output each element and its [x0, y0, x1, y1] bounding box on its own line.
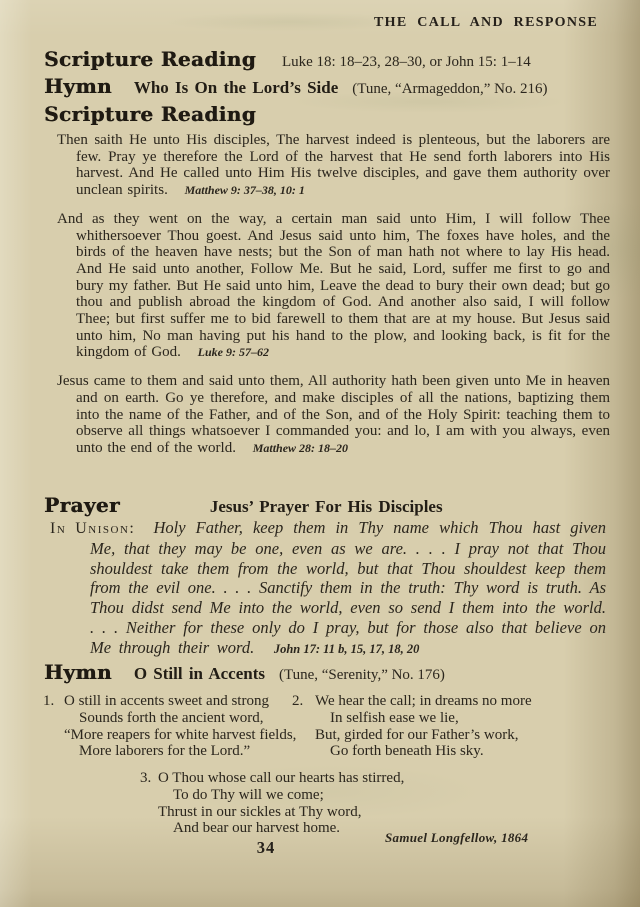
prayer-title: Jesus’ Prayer For His Disciples [210, 497, 443, 517]
book-page: THE CALL AND RESPONSE Scripture Reading … [0, 0, 640, 907]
scripture-reading-2-heading: Scripture Reading [44, 102, 612, 126]
reading-2-citation: Luke 9: 57–62 [198, 345, 269, 359]
reading-1-citation: Matthew 9: 37–38, 10: 1 [185, 183, 305, 197]
hymn-2-title: O Still in Accents [134, 664, 265, 684]
verse-line: And bear our harvest home. [158, 820, 404, 837]
verse-line: To do Thy will we come; [158, 787, 404, 804]
scripture-reading-1-label: Scripture Reading [44, 47, 256, 71]
reading-1-text: Then saith He unto His disciples, The ha… [57, 132, 610, 198]
hymn-2-label: Hymn [44, 660, 112, 684]
hymn-attribution: Samuel Longfellow, 1864 [385, 830, 528, 846]
verse-2-number: 2. [292, 693, 303, 710]
prayer-label: Prayer [44, 493, 120, 517]
hymn-2-tune: (Tune, “Serenity,” No. 176) [279, 667, 445, 684]
hymn-1-tune: (Tune, “Armageddon,” No. 216) [352, 81, 547, 98]
hymn-2-heading: Hymn O Still in Accents (Tune, “Serenity… [44, 660, 612, 684]
hymn-verse-1: 1. O still in accents sweet and strong S… [64, 693, 296, 760]
scripture-reading-1-heading: Scripture Reading Luke 18: 18–23, 28–30,… [44, 47, 612, 71]
verse-line: In selfish ease we lie, [315, 710, 532, 727]
reading-2-text: And as they went on the way, a certain m… [57, 211, 610, 361]
verse-line: But, girded for our Father’s work, [315, 727, 532, 744]
hymn-1-label: Hymn [44, 74, 112, 98]
verse-line: “More reapers for white harvest fields, [64, 727, 296, 744]
verse-line: O Thou whose call our hearts has stirred… [158, 770, 404, 787]
verse-line: Thrust in our sickles at Thy word, [158, 804, 404, 821]
verse-line: We hear the call; in dreams no more [315, 693, 532, 710]
reading-paragraph-3: Jesus came to them and said unto them, A… [57, 373, 610, 457]
reading-3-citation: Matthew 28: 18–20 [253, 441, 348, 455]
scripture-reading-1-citation: Luke 18: 18–23, 28–30, or John 15: 1–14 [282, 54, 531, 71]
verse-3-number: 3. [140, 770, 151, 787]
prayer-lead-in: In Unison: [50, 520, 135, 537]
scripture-reading-2-label: Scripture Reading [44, 102, 256, 126]
reading-paragraph-1: Then saith He unto His disciples, The ha… [57, 132, 610, 199]
prayer-body-text: Holy Father, keep them in Thy name which… [90, 518, 606, 657]
prayer-heading: Prayer Jesus’ Prayer For His Disciples [44, 493, 612, 517]
prayer-citation: John 17: 11 b, 15, 17, 18, 20 [274, 642, 420, 656]
verse-line: Sounds forth the ancient word, [64, 710, 296, 727]
scripture-readings: Then saith He unto His disciples, The ha… [57, 132, 610, 469]
running-header: THE CALL AND RESPONSE [374, 15, 598, 31]
prayer-paragraph: In Unison: Holy Father, keep them in Thy… [50, 518, 606, 660]
hymn-verse-3: 3. O Thou whose call our hearts has stir… [158, 770, 404, 837]
verse-line: O still in accents sweet and strong [64, 693, 296, 710]
hymn-verse-2: 2. We hear the call; in dreams no more I… [315, 693, 532, 760]
verse-1-number: 1. [43, 693, 54, 710]
hymn-1-title: Who Is On the Lord’s Side [134, 78, 338, 98]
verse-line: More laborers for the Lord.” [64, 743, 296, 760]
page-number: 34 [240, 838, 292, 858]
verse-line: Go forth beneath His sky. [315, 743, 532, 760]
hymn-1-heading: Hymn Who Is On the Lord’s Side (Tune, “A… [44, 74, 612, 98]
reading-paragraph-2: And as they went on the way, a certain m… [57, 211, 610, 361]
